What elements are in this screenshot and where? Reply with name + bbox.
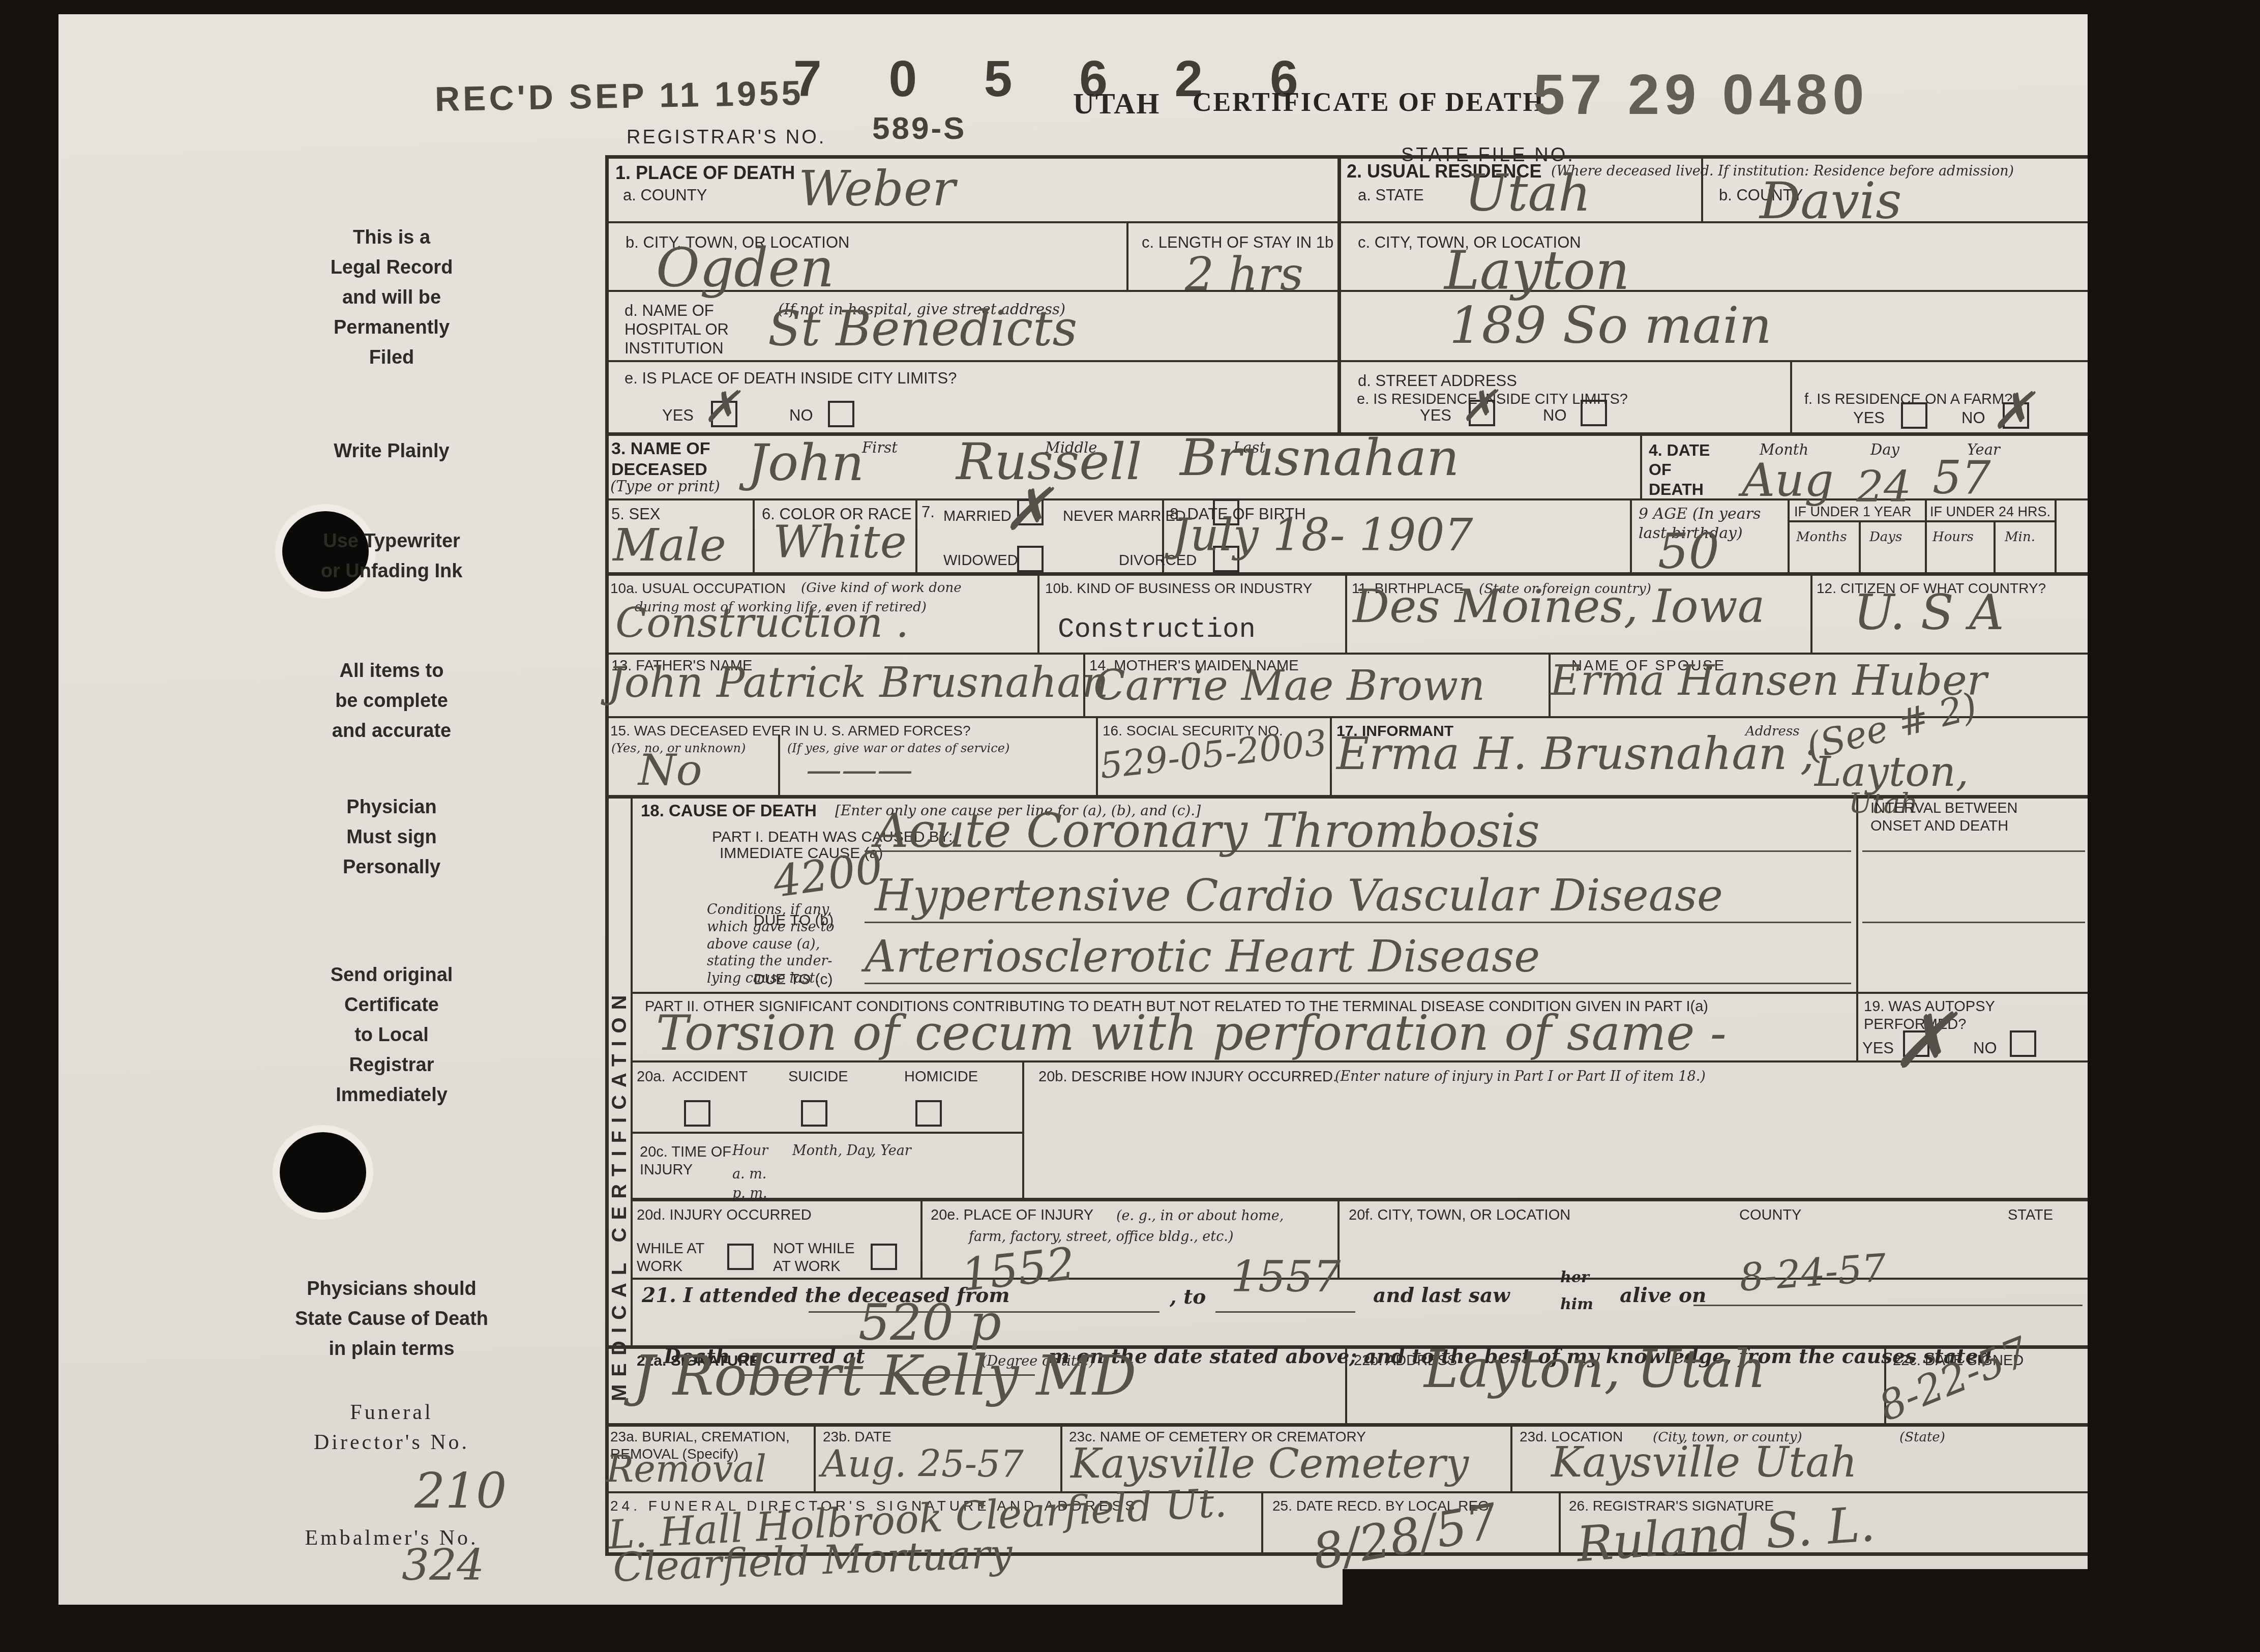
hour-label: Hour [732, 1142, 768, 1160]
grid-line [1096, 716, 1098, 795]
checkbox-x-mark: ✗ [1003, 481, 1052, 539]
injury-state-label: STATE [2008, 1206, 2053, 1224]
cause-b-line [865, 922, 1851, 923]
registrars-no-label: REGISTRAR'S NO. [627, 126, 826, 150]
death-time-value: 520 p [858, 1298, 1001, 1348]
cause-b-value: Hypertensive Cardio Vascular Disease [875, 874, 1723, 918]
if-under-1-year-label: IF UNDER 1 YEAR [1794, 504, 1912, 520]
sex-value: Male [613, 523, 726, 568]
attended-to-value: 1557 [1231, 1255, 1341, 1299]
section-20a-label: 20a. [637, 1068, 665, 1086]
first-name-label: First [862, 438, 898, 457]
title-state: UTAH [1073, 86, 1160, 121]
grid-line [1994, 520, 1996, 572]
cause-of-death-header: 18. CAUSE OF DEATH [641, 801, 817, 821]
yes-label: YES [1853, 408, 1885, 427]
death-day-value: 24 [1856, 465, 1911, 509]
while-at-work-checkbox [727, 1244, 754, 1270]
margin-note-physician-sign: Physician Must sign Personally [264, 792, 519, 882]
residence-city-value: Layton [1444, 244, 1630, 298]
checkbox-x-mark: ✗ [1991, 386, 2034, 436]
am-label: a. m. [732, 1166, 766, 1183]
blank-line [1693, 1305, 2083, 1306]
autopsy-no-checkbox [2010, 1030, 2036, 1057]
yes-label: YES [662, 406, 694, 425]
armed-forces-value: No [638, 749, 702, 792]
registrars-no-value: 589-S [872, 113, 966, 144]
last-saw-label: and last saw [1373, 1283, 1510, 1309]
married-label: MARRIED [943, 508, 1012, 525]
scanned-death-certificate: REC'D SEP 11 1955 7 0 5 6 2 6 REGISTRAR'… [0, 0, 2260, 1652]
grid-line [631, 795, 633, 1345]
hospital-label: d. NAME OF HOSPITAL OR INSTITUTION [625, 301, 729, 358]
to-label: , to [1170, 1284, 1206, 1310]
attended-from-value: 1552 [959, 1242, 1077, 1298]
last-name-value: Brusnahan [1180, 432, 1459, 483]
hours-label: Hours [1932, 529, 1974, 546]
residence-city-limits-no-checkbox [1581, 400, 1607, 426]
first-name-value: John [748, 437, 864, 488]
received-date-stamp: REC'D SEP 11 1955 [434, 76, 804, 117]
page-title: CERTIFICATE OF DEATH [1193, 87, 1545, 117]
grid-line [920, 1198, 923, 1278]
describe-injury-label: 20b. DESCRIBE HOW INJURY OCCURRED. [1038, 1068, 1337, 1086]
burial-state-note: (State) [1899, 1429, 1945, 1446]
interval-label: INTERVAL BETWEEN ONSET AND DEATH [1870, 800, 2018, 835]
city-town-value: Ogden [656, 242, 834, 295]
month-day-year-label: Month, Day, Year [792, 1142, 911, 1160]
death-city-limits-label: e. IS PLACE OF DEATH INSIDE CITY LIMITS? [625, 369, 957, 388]
injury-county-label: COUNTY [1739, 1206, 1801, 1224]
grid-line [778, 735, 780, 795]
grid-line [1559, 1491, 1561, 1552]
place-of-injury-note2: farm, factory, street, office bldg., etc… [969, 1228, 1233, 1246]
grid-line [1810, 572, 1812, 653]
interval-line [1862, 922, 2085, 923]
grid-line [1345, 572, 1347, 653]
armed-forces-label: 15. WAS DECEASED EVER IN U. S. ARMED FOR… [610, 722, 970, 740]
yes-label: YES [1862, 1039, 1894, 1057]
place-of-injury-note1: (e. g., in or about home, [1116, 1207, 1284, 1225]
length-of-stay-value: 2 hrs [1185, 252, 1303, 298]
birthplace-value: Des Moines, Iowa [1353, 584, 1765, 630]
state-file-number-stamp: 57 29 0480 [1533, 66, 1869, 123]
street-address-value: 189 So main [1449, 300, 1772, 351]
her-label: her [1560, 1267, 1589, 1287]
cemetery-value: Kaysville Cemetery [1070, 1443, 1469, 1484]
while-at-work-label: WHILE AT WORK [637, 1240, 704, 1276]
industry-value: Construction [1058, 616, 1256, 644]
grid-line [915, 498, 917, 572]
grid-line [1640, 432, 1642, 498]
time-of-injury-label: 20c. TIME OF INJURY [640, 1143, 731, 1179]
grid-line [1126, 221, 1128, 290]
marital-section-label: 7. [921, 503, 935, 521]
grid-line [1337, 155, 1341, 432]
grid-line [1261, 1491, 1263, 1552]
grid-line [631, 992, 2088, 994]
physician-signature-value: J Robert Kelly MD [633, 1349, 1137, 1404]
grid-line [1925, 498, 1927, 572]
homicide-label: HOMICIDE [904, 1068, 978, 1086]
informant-address-value: Layton, [1815, 752, 1969, 792]
checkbox-x-mark: ✗ [703, 386, 739, 429]
cause-a-value: Acute Coronary Thrombosis [875, 808, 1540, 854]
burial-location-value: Kaysville Utah [1551, 1442, 1857, 1484]
margin-note-plain-terms: Physicians should State Cause of Death i… [224, 1274, 559, 1364]
injury-occurred-label: 20d. INJURY OCCURRED [637, 1206, 812, 1224]
grid-line [753, 498, 755, 572]
grid-line [1788, 498, 1790, 572]
no-label: NO [1543, 406, 1567, 425]
grid-line [605, 155, 2088, 159]
accident-checkbox [684, 1100, 710, 1127]
grid-line [605, 155, 609, 1552]
describe-injury-note: (Enter nature of injury in Part I or Par… [1335, 1068, 1706, 1085]
grid-line [1060, 1423, 1062, 1491]
part2-value: Torsion of cecum with perforation of sam… [656, 1010, 1727, 1058]
residence-state-value: Utah [1465, 168, 1591, 219]
hospital-value: St Benedicts [768, 305, 1077, 353]
suicide-label: SUICIDE [788, 1068, 848, 1086]
margin-note-write-plainly: Write Plainly [264, 436, 519, 466]
residence-county-value: Davis [1760, 175, 1902, 226]
grid-line [1859, 520, 1861, 572]
county-value: Weber [798, 165, 956, 214]
county-label: a. COUNTY [623, 186, 707, 204]
if-under-24-hrs-label: IF UNDER 24 HRS. [1930, 504, 2050, 520]
months-label: Months [1796, 529, 1847, 546]
grid-line [1856, 795, 1858, 1060]
due-to-b-label: DUE TO (b) [754, 911, 834, 930]
grid-line [1510, 1423, 1512, 1491]
cause-c-line [865, 983, 1851, 984]
occupation-note1: (Give kind of work done [801, 580, 962, 597]
not-while-at-work-checkbox [871, 1244, 897, 1270]
industry-label: 10b. KIND OF BUSINESS OR INDUSTRY [1045, 580, 1312, 597]
death-year-value: 57 [1932, 455, 1991, 501]
never-married-label: NEVER MARRIED [1063, 508, 1186, 525]
grid-line [1022, 1060, 1024, 1198]
day-label: Day [1870, 440, 1899, 459]
embalmers-no-value: 324 [402, 1544, 484, 1587]
cause-c-value: Arteriosclerotic Heart Disease [865, 935, 1540, 979]
grid-line [631, 1198, 2088, 1201]
death-city-limits-no-checkbox [828, 401, 854, 427]
widowed-label: WIDOWED [943, 552, 1018, 570]
grid-line [605, 1423, 2088, 1427]
injury-city-label: 20f. CITY, TOWN, OR LOCATION [1349, 1206, 1570, 1224]
grid-line [605, 653, 2088, 655]
suicide-checkbox [801, 1100, 827, 1127]
medical-certification-label: MEDICAL CERTIFICATION [609, 988, 630, 1402]
occupation-value: Construction . [615, 603, 909, 643]
grid-line [605, 360, 2088, 362]
blank-line [1215, 1311, 1355, 1313]
grid-line [2055, 498, 2057, 572]
type-or-print-note: (Type or print) [610, 477, 720, 495]
days-label: Days [1869, 529, 1902, 546]
margin-note-typewriter: Use Typewriter or Unfading Ink [244, 526, 539, 586]
armed-forces-dash: ——— [806, 752, 913, 787]
grid-line [1788, 520, 2055, 522]
grid-line [1630, 498, 1632, 572]
death-month-value: Aug [1742, 458, 1834, 504]
name-of-spouse-value: Erma Hansen Huber [1550, 660, 1987, 702]
name-of-deceased-label: 3. NAME OF DECEASED [611, 438, 710, 480]
date-of-death-label: 4. DATE OF DEATH [1649, 440, 1710, 499]
mothers-maiden-name-value: Carrie Mae Brown [1093, 665, 1485, 707]
residence-farm-yes-checkbox [1901, 402, 1927, 429]
last-seen-date-value: 8-24-57 [1738, 1249, 1888, 1297]
residence-state-label: a. STATE [1358, 186, 1424, 204]
grid-line [631, 1132, 1022, 1134]
homicide-checkbox [915, 1100, 942, 1127]
interval-line [1862, 850, 2085, 852]
accident-label: ACCIDENT [672, 1068, 748, 1086]
grid-line [605, 1491, 2088, 1493]
place-of-injury-label: 20e. PLACE OF INJURY [931, 1206, 1093, 1224]
widowed-checkbox [1017, 546, 1044, 572]
checkbox-x-mark: ✗ [1461, 385, 1497, 428]
burial-cremation-value: Removal [606, 1451, 766, 1487]
citizen-value: U. S A [1854, 589, 2004, 637]
margin-note-send-original: Send original Certificate to Local Regis… [264, 960, 519, 1110]
informant-value: Erma H. Brusnahan ; [1336, 731, 1817, 776]
due-to-c-label: DUE TO (c) [754, 970, 833, 989]
grid-line [1790, 360, 1792, 432]
no-label: NO [1961, 408, 1985, 427]
physician-address-value: Layton, Utah [1424, 1344, 1766, 1396]
checkbox-x-mark: ✗ [1891, 1003, 1955, 1079]
embalmers-no-label: Embalmer's No. [244, 1523, 539, 1553]
burial-date-value: Aug. 25-57 [821, 1445, 1024, 1482]
funeral-directors-no-value: 210 [414, 1467, 507, 1516]
color-race-value: White [773, 520, 907, 565]
place-of-death-title: 1. PLACE OF DEATH [615, 162, 795, 184]
grid-line [1330, 716, 1332, 795]
grid-line [1037, 572, 1039, 653]
margin-note-complete: All items to be complete and accurate [264, 656, 519, 746]
cause-a-line [865, 850, 1851, 852]
yes-label: YES [1420, 406, 1451, 425]
punch-hole-icon [280, 1132, 366, 1213]
funeral-directors-no-label: Funeral Director's No. [244, 1398, 539, 1458]
occupation-label: 10a. USUAL OCCUPATION [610, 580, 786, 597]
margin-note-legal-record: This is a Legal Record and will be Perma… [264, 223, 519, 372]
fathers-name-value: John Patrick Brusnahan [608, 662, 1109, 704]
no-label: NO [789, 406, 813, 425]
age-value: 50 [1658, 528, 1719, 576]
him-label: him [1560, 1294, 1593, 1314]
pm-label: p. m. [732, 1185, 767, 1202]
min-label: Min. [2005, 529, 2035, 546]
not-while-at-work-label: NOT WHILE AT WORK [773, 1240, 855, 1276]
grid-line [814, 1423, 816, 1491]
no-label: NO [1973, 1039, 1997, 1057]
date-of-birth-value: July 18- 1907 [1172, 513, 1473, 557]
